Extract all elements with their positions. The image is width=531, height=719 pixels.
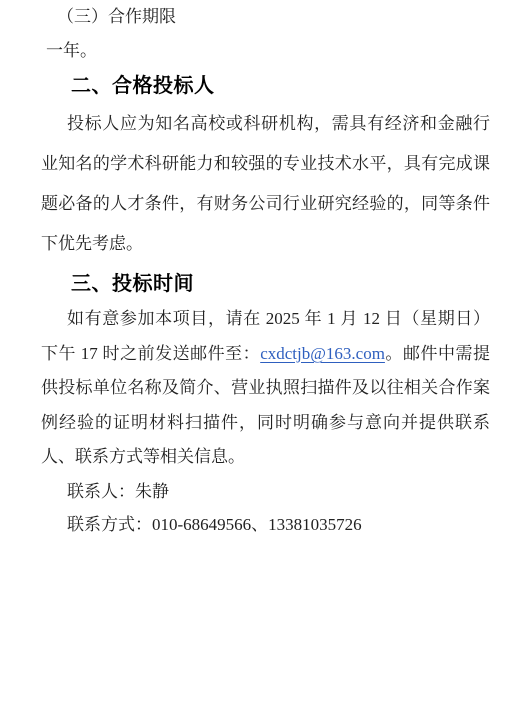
section-heading-qualified-bidders: 二、合格投标人: [41, 68, 490, 104]
document-page: （三）合作期限 一年。 二、合格投标人 投标人应为知名高校或科研机构，需具有经济…: [0, 0, 531, 719]
paragraph-bidding-instructions: 如有意参加本项目，请在 2025 年 1 月 12 日（星期日）下午 17 时之…: [41, 302, 490, 475]
section-heading-bidding-time: 三、投标时间: [41, 266, 490, 302]
subsection-heading-cooperation-period: （三）合作期限: [41, 0, 490, 34]
document-content: （三）合作期限 一年。 二、合格投标人 投标人应为知名高校或科研机构，需具有经济…: [0, 0, 531, 541]
paragraph-bidder-requirements: 投标人应为知名高校或科研机构，需具有经济和金融行业知名的学术科研能力和较强的专业…: [41, 104, 490, 264]
email-link[interactable]: cxdctjb@163.com: [260, 344, 385, 363]
contact-methods-line: 联系方式：010-68649566、13381035726: [41, 508, 490, 541]
contact-person-line: 联系人：朱静: [41, 475, 490, 508]
subsection-body-one-year: 一年。: [41, 34, 490, 68]
